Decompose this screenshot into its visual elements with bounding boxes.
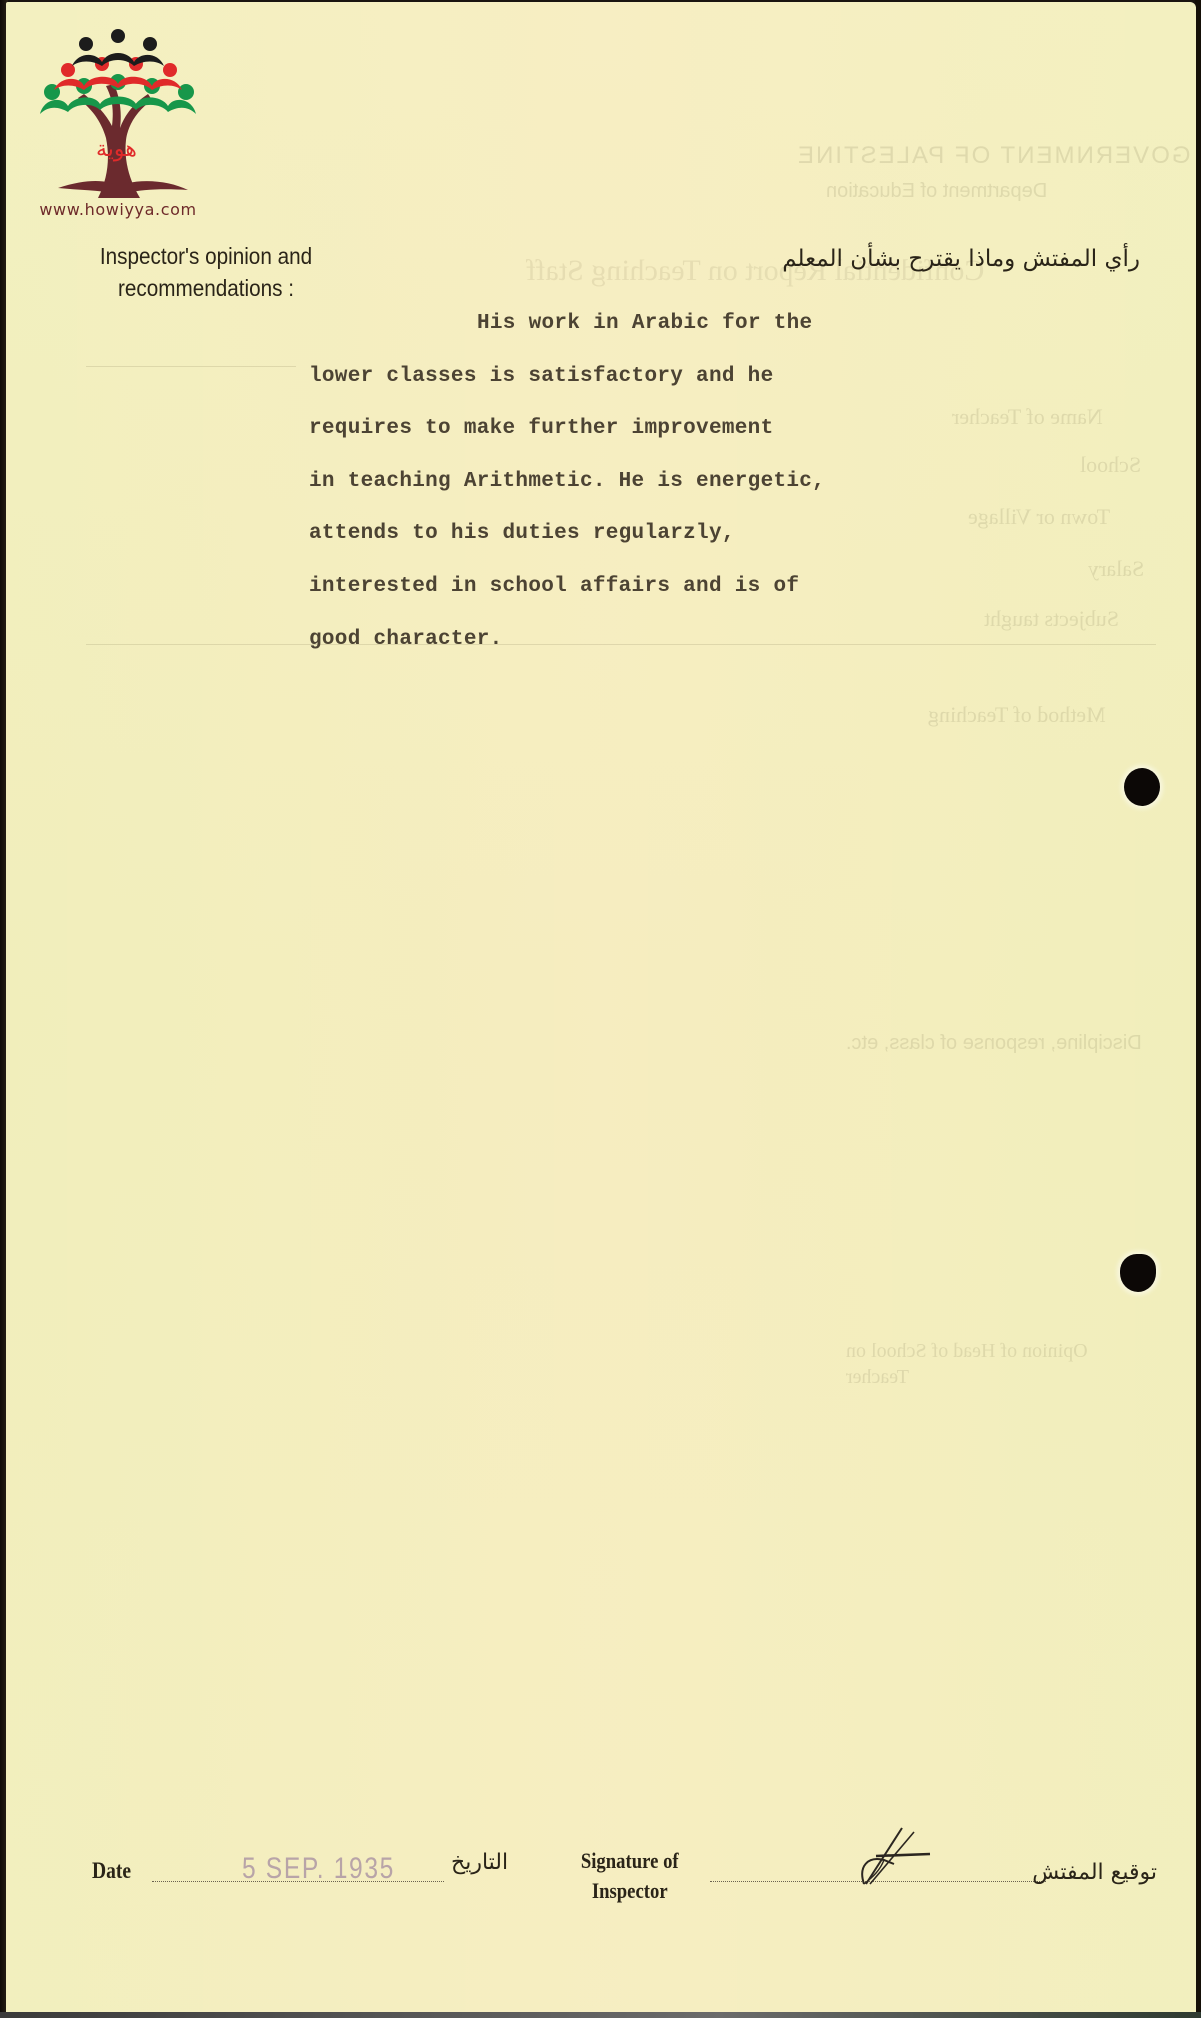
date-stamp: 5 SEP. 1935 xyxy=(242,1852,395,1886)
ghost-field-town: Town or Village xyxy=(968,504,1110,530)
document-page: GOVERNMENT OF PALESTINE Department of Ed… xyxy=(6,2,1196,2014)
scan-bottom-edge xyxy=(0,2012,1201,2018)
ghost-rule xyxy=(86,366,296,367)
handwritten-signature-icon xyxy=(854,1826,934,1888)
typed-report: His work in Arabic for the lower classes… xyxy=(309,304,929,672)
ghost-field-discipline: Discipline, response of class, etc. xyxy=(846,1032,1142,1055)
signature-label: Signature of Inspector xyxy=(566,1846,694,1906)
report-line: interested in school affairs and is of xyxy=(309,567,929,620)
signature-footer: Date 5 SEP. 1935 التاريخ Signature of In… xyxy=(6,1842,1201,1902)
svg-text:هوية: هوية xyxy=(96,137,137,162)
section-label-ar: رأي المفتش وماذا يقترح بشأن المعلم xyxy=(782,246,1140,272)
signature-label-ar: توقيع المفتش xyxy=(1032,1860,1157,1885)
ghost-field-head-opinion: Opinion of Head of School on Teacher xyxy=(846,1338,1146,1390)
ghost-field-method: Method of Teaching xyxy=(928,702,1106,728)
report-line: His work in Arabic for the xyxy=(309,304,929,357)
ghost-header-line2: Department of Education xyxy=(826,180,1047,203)
ghost-field-subjects: Subjects taught xyxy=(984,606,1119,632)
report-line: in teaching Arithmetic. He is energetic, xyxy=(309,462,929,515)
date-label-ar: التاريخ xyxy=(451,1850,508,1875)
punch-hole-bottom xyxy=(1120,1254,1156,1292)
report-line: good character. xyxy=(309,620,929,673)
punch-hole-top xyxy=(1124,768,1160,806)
ghost-field-salary: Salary xyxy=(1088,556,1144,582)
howiyya-url: www.howiyya.com xyxy=(28,200,208,219)
report-line: lower classes is satisfactory and he xyxy=(309,357,929,410)
signature-label-line1: Signature of xyxy=(566,1846,694,1876)
section-label-en: Inspector's opinion and recommendations … xyxy=(80,240,332,304)
ghost-field-school: School xyxy=(1080,452,1141,478)
ghost-header-line1: GOVERNMENT OF PALESTINE xyxy=(796,142,1191,170)
signature-label-line2: Inspector xyxy=(566,1876,694,1906)
howiyya-logo: هوية www.howiyya.com xyxy=(28,28,208,224)
tree-of-people-icon: هوية xyxy=(28,28,208,198)
ghost-field-name: Name of Teacher xyxy=(952,404,1103,430)
section-label-en-line2: recommendations : xyxy=(80,272,332,304)
section-label-en-line1: Inspector's opinion and xyxy=(80,240,332,272)
report-line: attends to his duties regularzly, xyxy=(309,514,929,567)
date-label: Date xyxy=(92,1858,131,1884)
report-line: requires to make further improvement xyxy=(309,409,929,462)
